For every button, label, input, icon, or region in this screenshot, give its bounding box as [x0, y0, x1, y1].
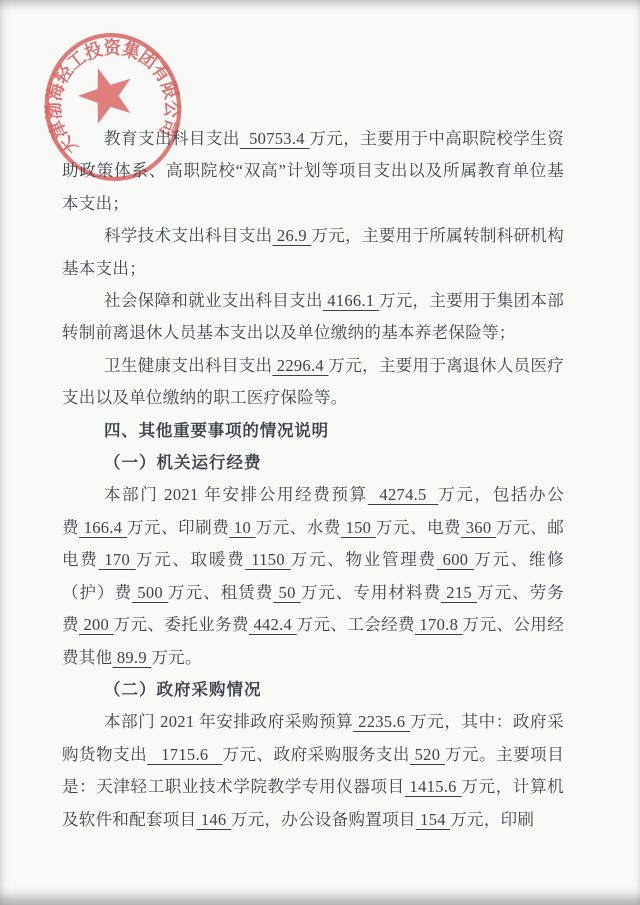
text-segment: （二）政府采购情况 [104, 680, 262, 699]
underlined-amount: 10 [229, 518, 255, 537]
text-segment: 万元、政府采购服务支出 [222, 745, 410, 764]
text-segment: 万元，办公设备购置项目 [231, 810, 416, 829]
underlined-amount: 50753.4 [240, 129, 310, 148]
para-health-expense: 卫生健康支出科目支出 2296.4 万元，主要用于离退休人员医疗支出以及单位缴纳… [62, 350, 564, 415]
underlined-amount: 520 [410, 745, 445, 764]
para-government-procurement: 本部门 2021 年安排政府采购预算 2235.6 万元，其中：政府采购货物支出… [62, 706, 564, 836]
underlined-amount: 2296.4 [272, 356, 328, 375]
underlined-amount: 1415.6 [405, 777, 462, 796]
underlined-amount: 170.8 [415, 615, 463, 634]
underlined-amount: 442.4 [249, 615, 297, 634]
underlined-amount: 166.4 [79, 518, 127, 537]
underlined-amount: 1150 [245, 550, 290, 569]
text-segment: 万元、电费 [376, 518, 461, 537]
underlined-amount: 50 [273, 583, 300, 602]
text-segment: 本部门 2021 年安排政府采购预算 [104, 712, 353, 731]
text-segment: 万元、水费 [256, 518, 341, 537]
underlined-amount: 2235.6 [353, 712, 410, 731]
document-page: 天津渤海轻工投资集团有限公司 教育支出科目支出 50753.4 万元，主要用于中… [0, 0, 640, 905]
underlined-amount: 154 [416, 810, 451, 829]
text-segment: 万元、专用材料费 [301, 583, 441, 602]
text-segment: 教育支出科目支出 [104, 129, 240, 148]
text-segment: 万元，印刷 [450, 810, 534, 829]
text-segment: 万元、工会经费 [297, 615, 415, 634]
document-body: 教育支出科目支出 50753.4 万元，主要用于中高职院校学生资助政策体系、高职… [62, 123, 564, 836]
underlined-amount: 146 [196, 810, 231, 829]
underlined-amount: 4166.1 [323, 291, 379, 310]
text-segment: 万元、租赁费 [168, 583, 273, 602]
underlined-amount: 215 [441, 583, 477, 602]
underlined-amount: 360 [461, 518, 496, 537]
text-segment: 万元、取暖费 [136, 550, 246, 569]
text-segment: 万元、印刷费 [127, 518, 229, 537]
underlined-amount: 150 [341, 518, 376, 537]
underlined-amount: 500 [132, 583, 168, 602]
para-science-expense: 科学技术支出科目支出 26.9 万元，主要用于所属转制科研机构基本支出； [62, 220, 564, 285]
heading-section-four: 四、其他重要事项的情况说明 [62, 415, 564, 447]
text-segment: 万元、委托业务费 [114, 615, 249, 634]
seal-star-icon [72, 60, 141, 127]
underlined-amount: 170 [99, 550, 136, 569]
text-segment: 四、其他重要事项的情况说明 [104, 422, 329, 440]
text-segment: 社会保障和就业支出科目支出 [104, 291, 323, 310]
text-segment: 卫生健康支出科目支出 [104, 356, 272, 375]
text-segment: 本部门 2021 年安排公用经费预算 [104, 485, 368, 504]
heading-4-1-operating-funds: （一）机关运行经费 [62, 447, 564, 479]
underlined-amount: 200 [79, 615, 114, 634]
underlined-amount: 600 [437, 550, 474, 569]
para-education-expense: 教育支出科目支出 50753.4 万元，主要用于中高职院校学生资助政策体系、高职… [62, 123, 564, 220]
text-segment: 万元、物业管理费 [291, 550, 437, 569]
para-operating-funds: 本部门 2021 年安排公用经费预算 4274.5 万元，包括办公费 166.4… [62, 479, 564, 673]
text-segment: 万元。 [151, 648, 201, 667]
underlined-amount: 26.9 [272, 226, 311, 245]
text-segment: （一）机关运行经费 [104, 453, 262, 472]
text-segment: 科学技术支出科目支出 [104, 226, 272, 245]
underlined-amount: 89.9 [112, 648, 151, 667]
para-social-security-expense: 社会保障和就业支出科目支出 4166.1 万元，主要用于集团本部转制前离退休人员… [62, 285, 564, 350]
underlined-amount: 4274.5 [368, 485, 438, 504]
underlined-amount: 1715.6 [147, 745, 222, 764]
heading-4-2-government-procurement: （二）政府采购情况 [62, 674, 564, 706]
